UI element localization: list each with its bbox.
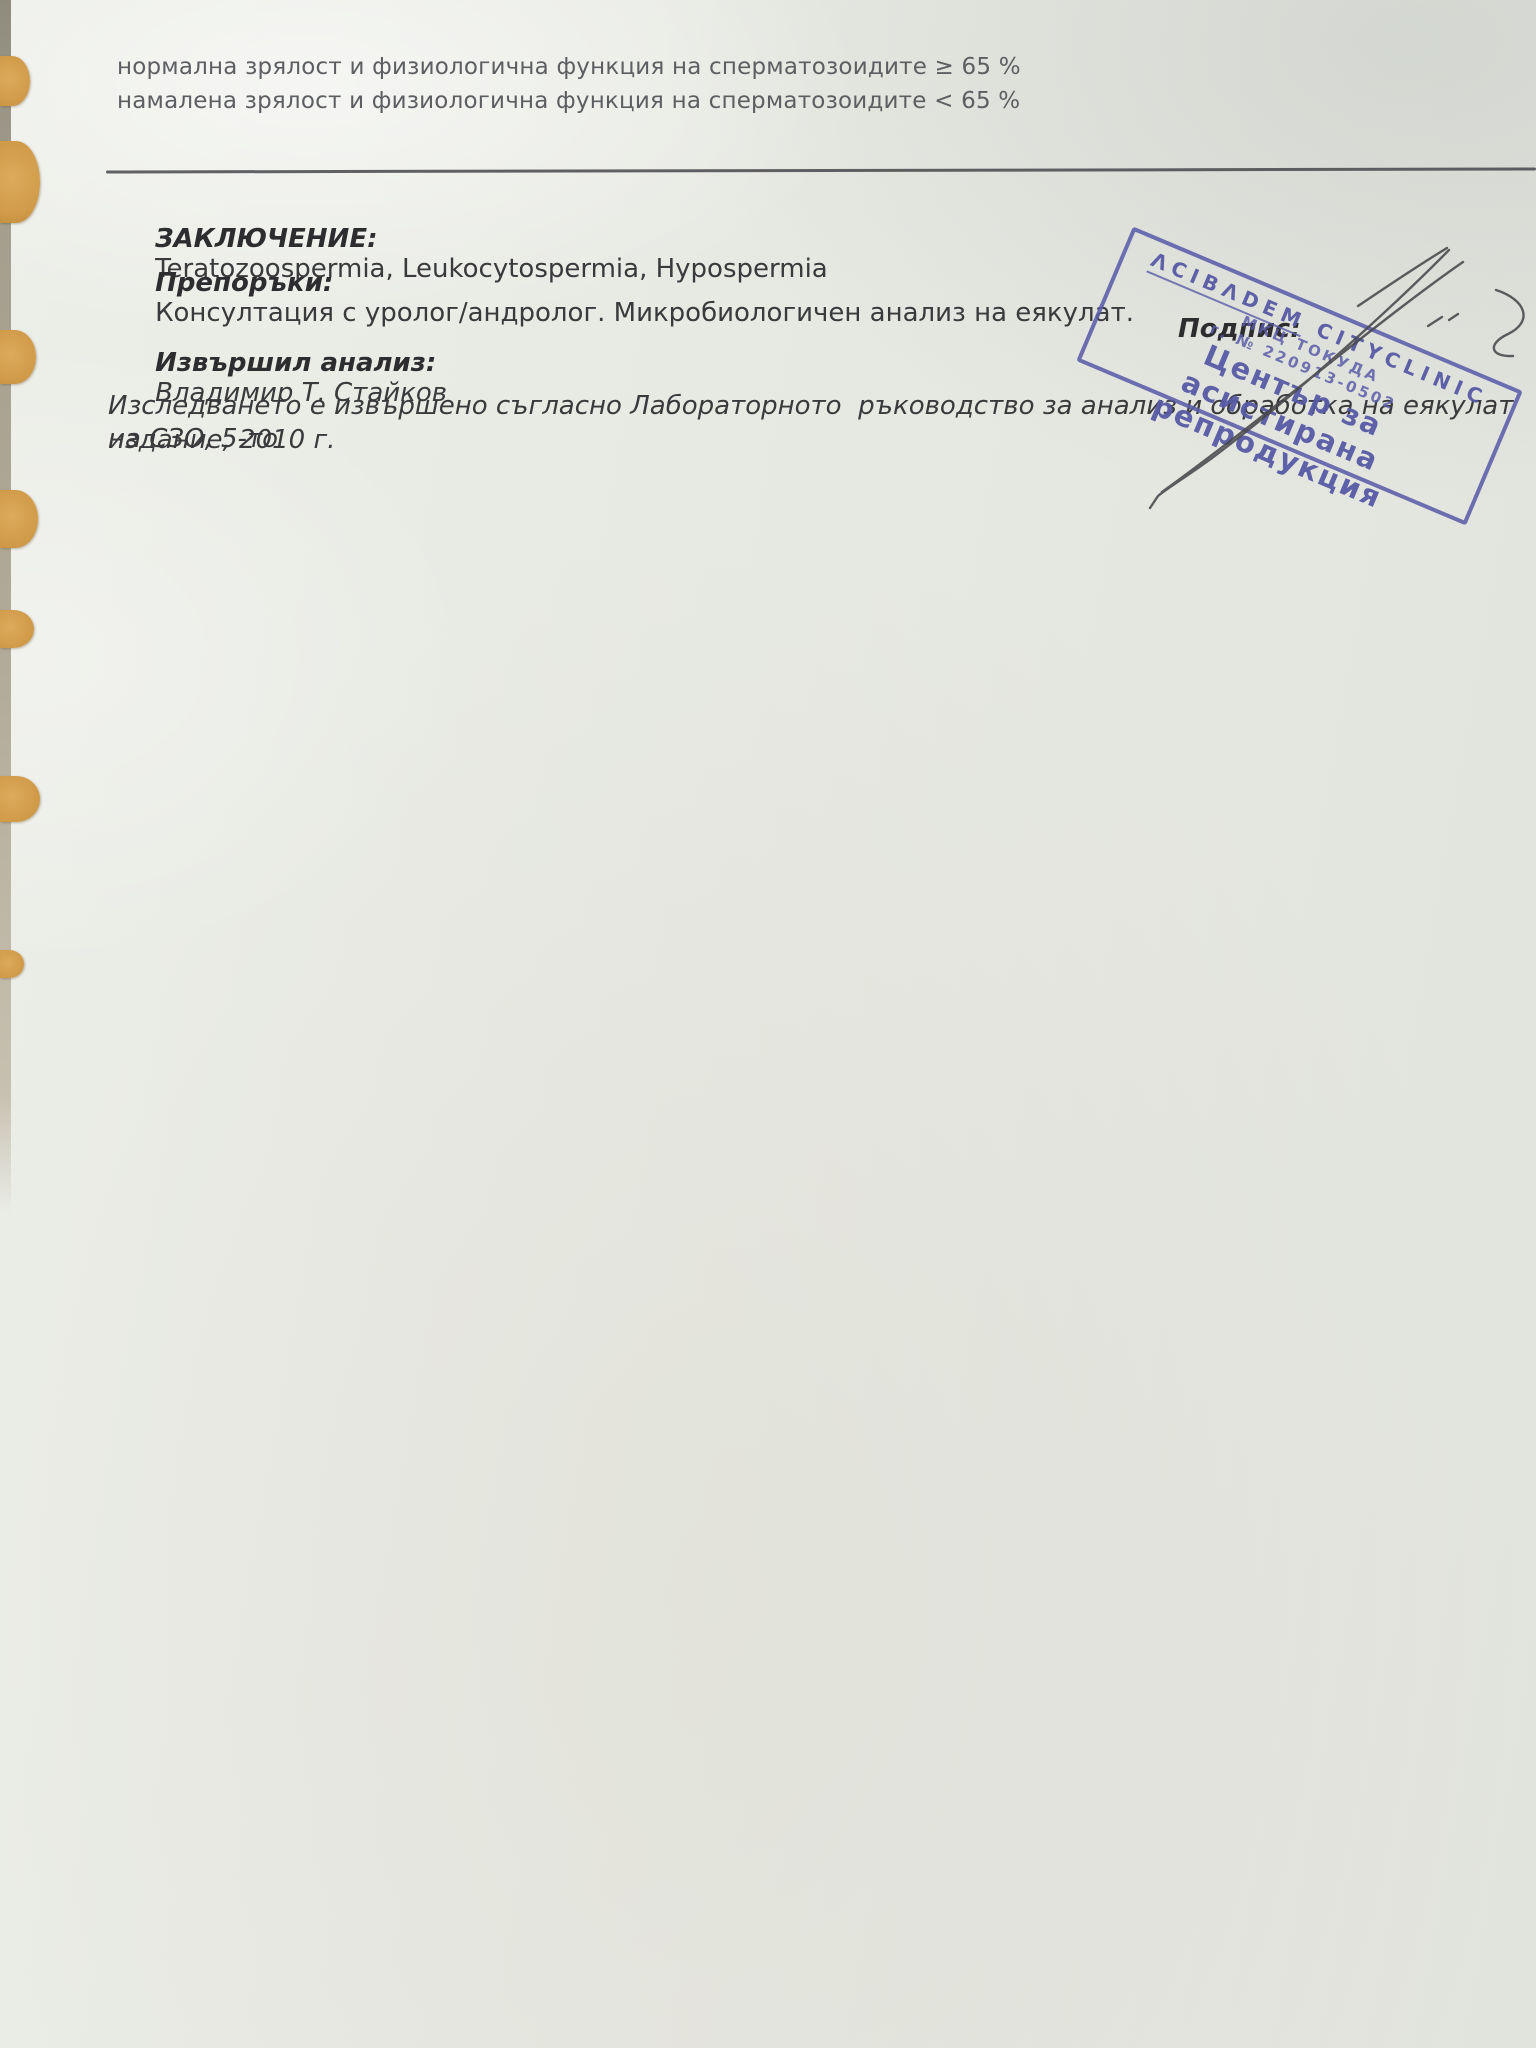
criteria-line-reduced: намалена зрялост и физиологична функция …	[117, 84, 1020, 118]
binder-hole	[0, 56, 30, 106]
binder-hole	[0, 490, 38, 548]
binder-hole	[0, 950, 24, 978]
document-photo: нормална зрялост и физиологична функция …	[0, 0, 1536, 2048]
analyst-label: Извършил анализ:	[155, 348, 436, 378]
clinic-stamp: ΛCIBΛDEM CITYCLINIC МКЦ ТОКУДА г. № 2209…	[1076, 226, 1522, 525]
binder-hole	[0, 330, 36, 384]
method-note-line-2: издание, 2010 г.	[108, 424, 335, 457]
criteria-line-normal: нормална зрялост и физиологична функция …	[117, 50, 1021, 84]
recommendations-label: Препоръки:	[155, 268, 333, 298]
binder-hole	[0, 610, 34, 648]
binder-hole	[0, 776, 40, 822]
divider-rule	[106, 168, 1536, 174]
binder-hole	[0, 141, 40, 223]
